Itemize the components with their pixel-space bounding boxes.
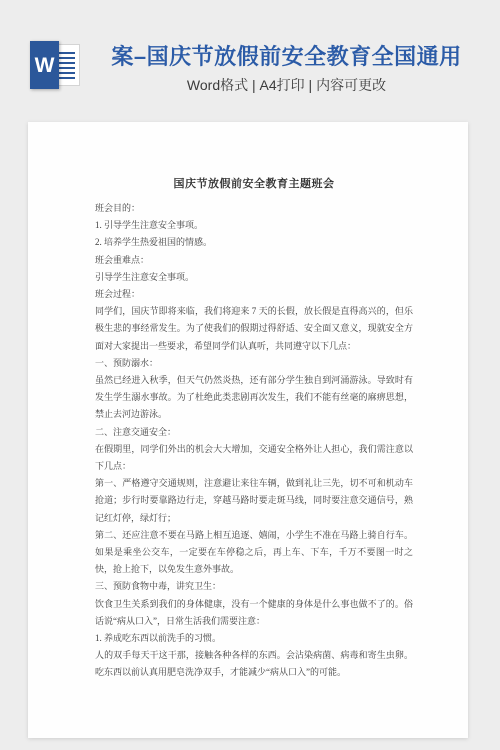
document-paragraph: 1. 养成吃东西以前洗手的习惯。 — [95, 630, 413, 647]
document-paragraph: 第二、还应注意不要在马路上相互追逐、嬉闹，小学生不准在马路上骑自行车。如果是乘坐… — [95, 527, 413, 579]
document-paragraph: 1. 引导学生注意安全事项。 — [95, 217, 413, 234]
document-paragraph: 班会重难点： — [95, 252, 413, 269]
word-icon-text-line — [58, 62, 75, 64]
word-icon-text-line — [58, 72, 75, 74]
template-format-subtitle: Word格式 | A4打印 | 内容可更改 — [85, 75, 488, 95]
word-icon-text-line — [58, 77, 75, 79]
word-icon-w-panel: W — [30, 41, 59, 89]
header-text: 案–国庆节放假前安全教育全国通用 Word格式 | A4打印 | 内容可更改 — [85, 44, 488, 95]
document-paragraph: 人的双手每天干这干那，接触各种各样的东西。会沾染病菌、病毒和寄生虫卵。吃东西以前… — [95, 647, 413, 681]
word-icon-text-line — [58, 57, 75, 59]
header: W 案–国庆节放假前安全教育全国通用 Word格式 | A4打印 | 内容可更改 — [0, 0, 500, 122]
page-canvas: W 案–国庆节放假前安全教育全国通用 Word格式 | A4打印 | 内容可更改… — [0, 0, 500, 750]
word-icon-text-line — [58, 52, 75, 54]
document-paragraph: 三、预防食物中毒，讲究卫生： — [95, 578, 413, 595]
document-paragraph: 二、注意交通安全： — [95, 424, 413, 441]
document-preview-page: 国庆节放假前安全教育主题班会 班会目的：1. 引导学生注意安全事项。2. 培养学… — [28, 122, 468, 738]
document-title: 国庆节放假前安全教育主题班会 — [95, 177, 413, 192]
template-title-link[interactable]: 案–国庆节放假前安全教育全国通用 — [85, 44, 488, 69]
word-icon-w-letter: W — [35, 55, 55, 76]
document-body: 班会目的：1. 引导学生注意安全事项。2. 培养学生热爱祖国的情感。班会重难点：… — [95, 200, 413, 682]
document-paragraph: 班会过程： — [95, 286, 413, 303]
document-paragraph: 一、预防溺水： — [95, 355, 413, 372]
document-paragraph: 班会目的： — [95, 200, 413, 217]
document-paragraph: 饮食卫生关系到我们的身体健康，没有一个健康的身体是什么事也做不了的。俗话说“病从… — [95, 596, 413, 630]
document-paragraph: 引导学生注意安全事项。 — [95, 269, 413, 286]
document-paragraph: 同学们，国庆节即将来临，我们将迎来 7 天的长假，放长假是直得高兴的，但乐极生悲… — [95, 303, 413, 355]
document-paragraph: 虽然已经进入秋季，但天气仍然炎热，还有部分学生独自到河涌游泳。导致时有发生学生溺… — [95, 372, 413, 424]
word-icon-text-line — [58, 67, 75, 69]
document-paragraph: 第一、严格遵守交通规则，注意避让来往车辆，做到礼让三先，切不可和机动车抢道；步行… — [95, 475, 413, 527]
word-file-icon: W — [30, 41, 80, 89]
document-paragraph: 2. 培养学生热爱祖国的情感。 — [95, 234, 413, 251]
document-paragraph: 在假期里，同学们外出的机会大大增加，交通安全格外让人担心，我们需注意以下几点： — [95, 441, 413, 475]
